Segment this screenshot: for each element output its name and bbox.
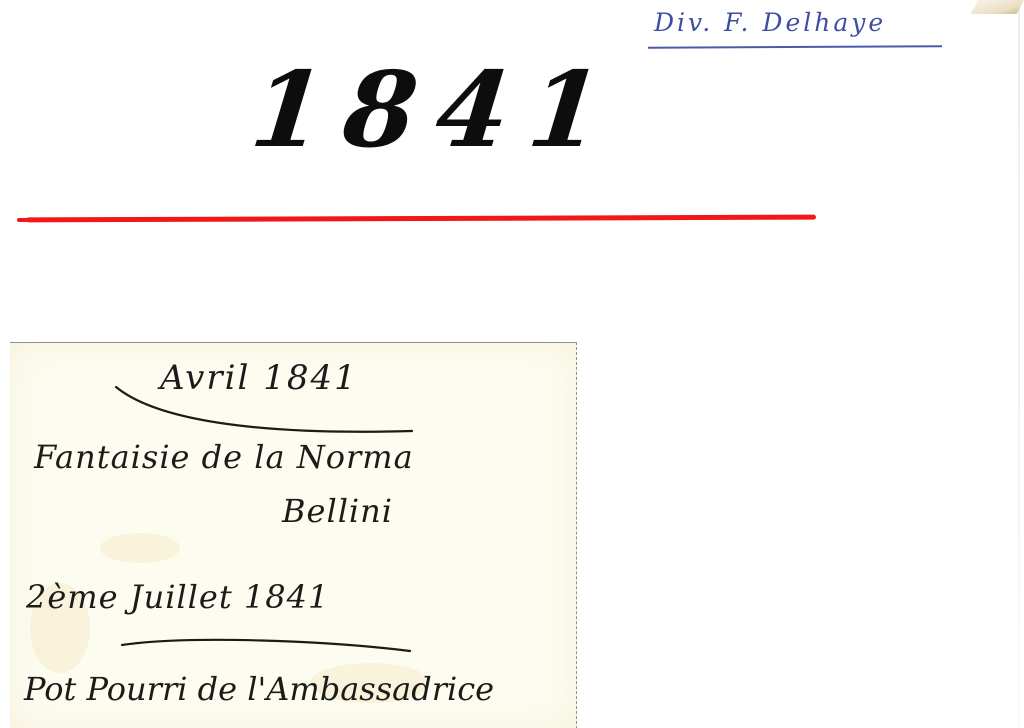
year-heading: 1841 xyxy=(247,58,627,162)
red-rule-divider xyxy=(26,215,816,223)
entry-1-composer: Bellini xyxy=(282,495,393,527)
archive-note-underline xyxy=(648,45,942,48)
entry-2-date: 2ème Juillet 1841 xyxy=(26,581,329,613)
entry-1-date: Avril 1841 xyxy=(160,361,358,395)
page-edge xyxy=(1018,0,1020,728)
entry-2-title: Pot Pourri de l'Ambassadrice xyxy=(24,673,494,705)
corner-tab xyxy=(971,0,1024,14)
archive-note-text: Div. F. Delhaye xyxy=(654,8,886,37)
entry-1-title: Fantaisie de la Norma xyxy=(34,441,414,473)
scanned-page: Div. F. Delhaye 1841 Avril 1841 Fantaisi… xyxy=(0,0,1024,728)
archive-note: Div. F. Delhaye xyxy=(648,6,944,50)
pasted-card: Avril 1841 Fantaisie de la Norma Bellini… xyxy=(10,342,577,728)
paper-smudge xyxy=(100,533,180,563)
